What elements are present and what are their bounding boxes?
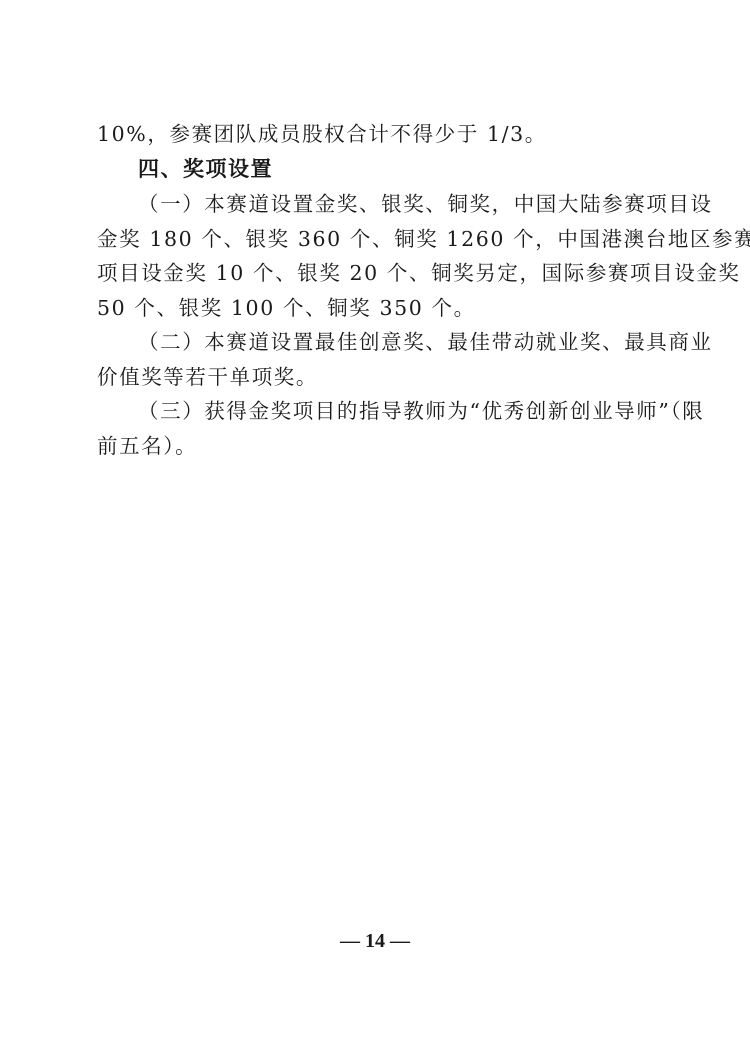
- paragraph-2-line-1: （二）本赛道设置最佳创意奖、最佳带动就业奖、最具商业: [138, 328, 713, 356]
- paragraph-3-line-2: 前五名）。: [97, 432, 197, 460]
- section-heading-awards: 四、奖项设置: [138, 155, 273, 183]
- paragraph-1-line-1: （一）本赛道设置金奖、银奖、铜奖，中国大陆参赛项目设: [138, 190, 713, 218]
- paragraph-2-line-2: 价值奖等若干单项奖。: [97, 363, 318, 391]
- paragraph-3-line-1: （三）获得金奖项目的指导教师为“优秀创新创业导师”（限: [138, 397, 704, 425]
- paragraph-1-line-4: 50 个、银奖 100 个、铜奖 350 个。: [97, 294, 476, 322]
- paragraph-1-line-3: 项目设金奖 10 个、银奖 20 个、铜奖另定，国际参赛项目设金奖: [97, 259, 741, 287]
- paragraph-1-line-2: 金奖 180 个、银奖 360 个、铜奖 1260 个，中国港澳台地区参赛: [97, 225, 750, 253]
- paragraph-line-equity: 10%，参赛团队成员股权合计不得少于 1/3。: [97, 120, 547, 148]
- document-page: 10%，参赛团队成员股权合计不得少于 1/3。 四、奖项设置 （一）本赛道设置金…: [0, 0, 750, 1061]
- page-number: — 14 —: [0, 930, 750, 953]
